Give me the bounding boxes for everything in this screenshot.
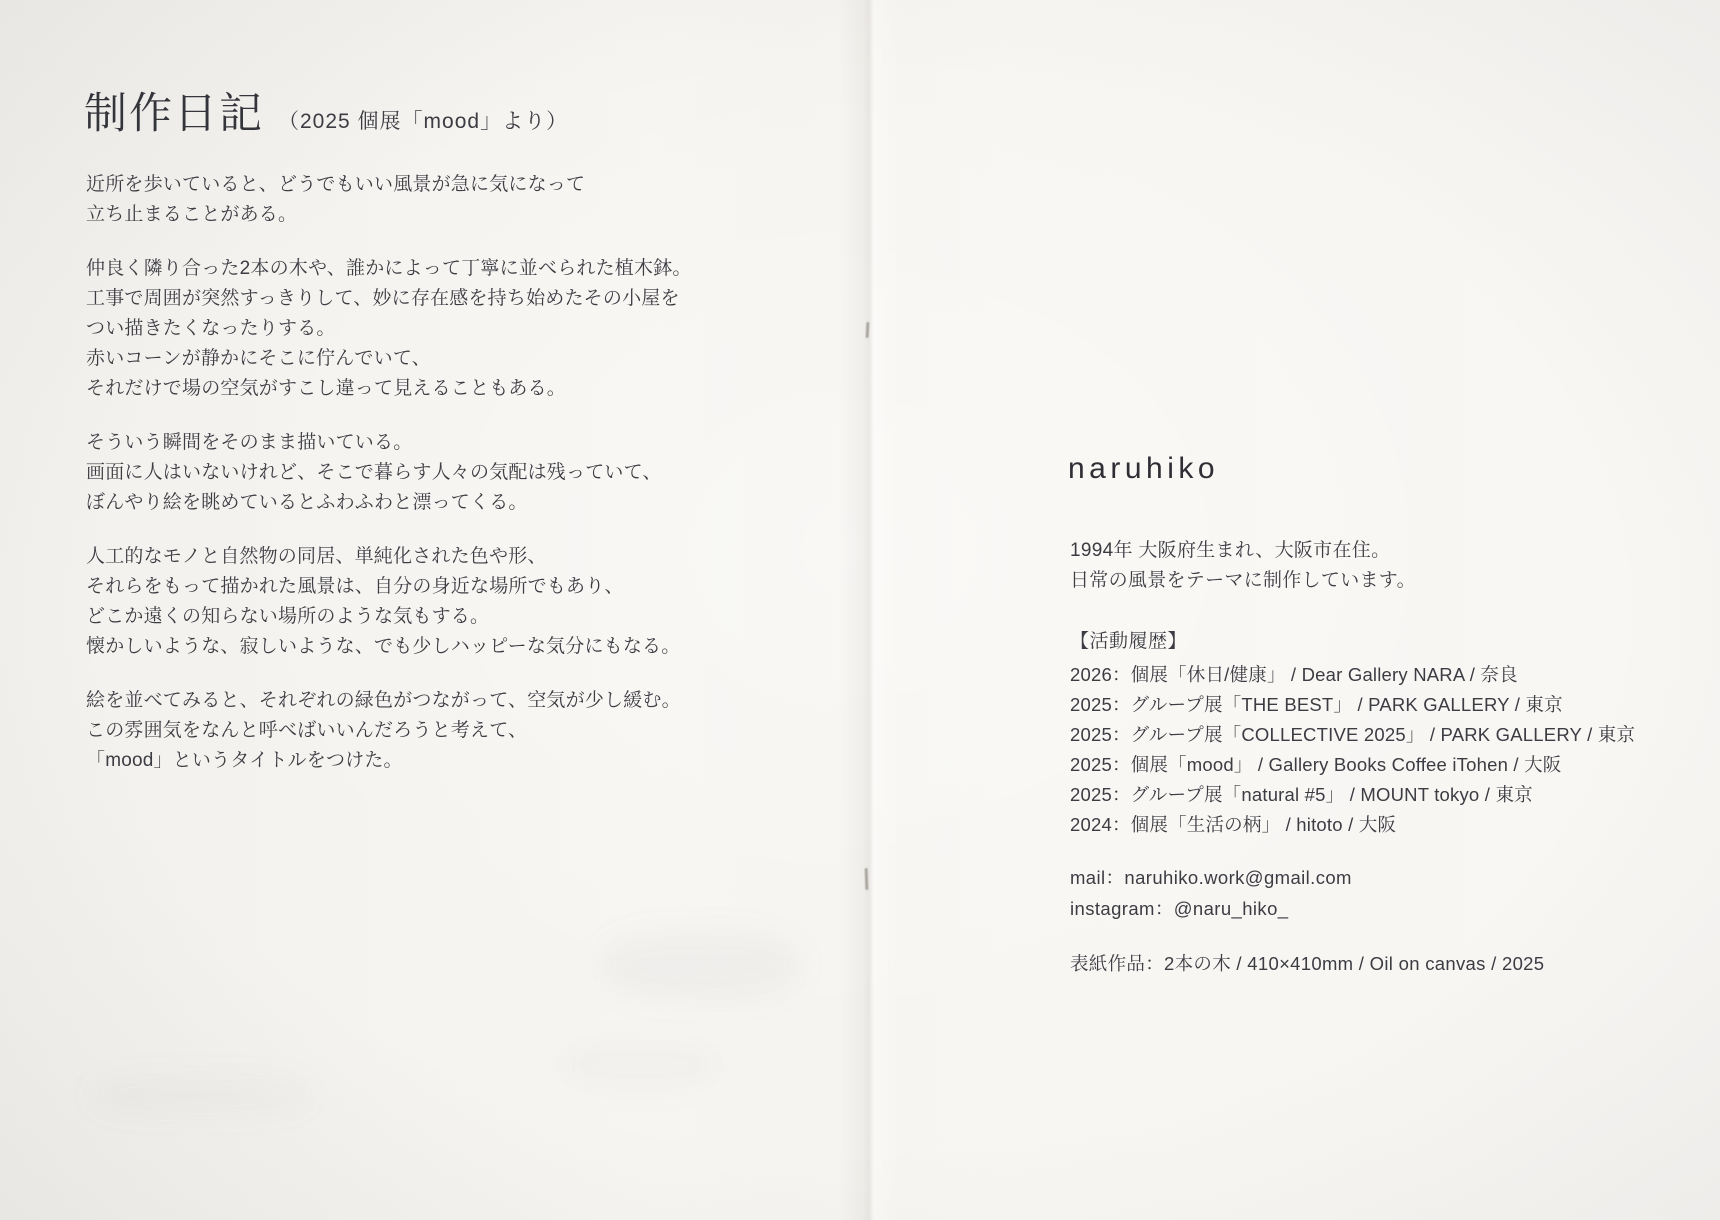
history-line: 2025：個展「mood」 / Gallery Books Coffee iTo… (1070, 750, 1635, 780)
body-line: どこか遠くの知らない場所のような気もする。 (86, 602, 706, 632)
history-line: 2025：グループ展「natural #5」 / MOUNT tokyo / 東… (1070, 780, 1635, 810)
history-line: 2026：個展「休日/健康」 / Dear Gallery NARA / 奈良 (1070, 660, 1635, 690)
paragraph: そういう瞬間をそのまま描いている。画面に人はいないけれど、そこで暮らす人々の気配… (86, 428, 706, 518)
instagram-line: instagram：@naru_hiko_ (1070, 893, 1352, 924)
paragraph: 人工的なモノと自然物の同居、単純化された色や形、それらをもって描かれた風景は、自… (86, 542, 706, 662)
history-heading: 【活動履歴】 (1070, 626, 1187, 653)
history-line: 2025：グループ展「THE BEST」 / PARK GALLERY / 東京 (1070, 690, 1635, 720)
binding-stitch (866, 322, 870, 338)
contact-block: mail：naruhiko.work@gmail.com instagram：@… (1070, 862, 1352, 924)
diary-paragraphs: 近所を歩いていると、どうでもいい風景が急に気になって立ち止まることがある。仲良く… (86, 170, 706, 800)
booklet-spread: 制作日記 （2025 個展「mood」より） 近所を歩いていると、どうでもいい風… (0, 0, 1720, 1220)
center-fold (838, 0, 900, 1220)
body-line: 仲良く隣り合った2本の木や、誰かによって丁寧に並べられた植木鉢。 (86, 254, 706, 284)
body-line: 懐かしいような、寂しいような、でも少しハッピーな気分にもなる。 (86, 632, 706, 662)
body-line: この雰囲気をなんと呼べばいいんだろうと考えて、 (86, 716, 706, 746)
body-line: それだけで場の空気がすこし違って見えることもある。 (86, 374, 706, 404)
body-line: 「mood」というタイトルをつけた。 (86, 746, 706, 776)
body-line: それらをもって描かれた風景は、自分の身近な場所でもあり、 (86, 572, 706, 602)
body-line: 絵を並べてみると、それぞれの緑色がつながって、空気が少し緩む。 (86, 686, 706, 716)
paragraph: 近所を歩いていると、どうでもいい風景が急に気になって立ち止まることがある。 (86, 170, 706, 230)
body-line: 工事で周囲が突然すっきりして、妙に存在感を持ち始めたその小屋を (86, 284, 706, 314)
history-line: 2025：グループ展「COLLECTIVE 2025」 / PARK GALLE… (1070, 720, 1635, 750)
paragraph: 仲良く隣り合った2本の木や、誰かによって丁寧に並べられた植木鉢。工事で周囲が突然… (86, 254, 706, 404)
page-subtitle: （2025 個展「mood」より） (278, 105, 568, 135)
bio-line: 日常の風景をテーマに制作しています。 (1070, 566, 1416, 596)
diary-title-row: 制作日記 （2025 個展「mood」より） (84, 80, 568, 141)
left-page: 制作日記 （2025 個展「mood」より） 近所を歩いていると、どうでもいい風… (84, 0, 724, 1220)
history-line: 2024：個展「生活の柄」 / hitoto / 大阪 (1070, 810, 1635, 840)
body-line: 赤いコーンが静かにそこに佇んでいて、 (86, 344, 706, 374)
body-line: 立ち止まることがある。 (86, 200, 706, 230)
paragraph: 絵を並べてみると、それぞれの緑色がつながって、空気が少し緩む。この雰囲気をなんと… (86, 686, 706, 776)
cover-artwork-info: 表紙作品：2本の木 / 410×410mm / Oil on canvas / … (1070, 950, 1544, 976)
page-title: 制作日記 (84, 80, 264, 141)
body-line: 画面に人はいないけれど、そこで暮らす人々の気配は残っていて、 (86, 458, 706, 488)
bio-line: 1994年 大阪府生まれ、大阪市在住。 (1070, 536, 1416, 566)
body-line: 近所を歩いていると、どうでもいい風景が急に気になって (86, 170, 706, 200)
body-line: 人工的なモノと自然物の同居、単純化された色や形、 (86, 542, 706, 572)
body-line: ぼんやり絵を眺めているとふわふわと漂ってくる。 (86, 488, 706, 518)
artist-name: naruhiko (1068, 452, 1219, 486)
body-line: そういう瞬間をそのまま描いている。 (86, 428, 706, 458)
exhibition-history-list: 2026：個展「休日/健康」 / Dear Gallery NARA / 奈良2… (1070, 660, 1635, 840)
artist-bio: 1994年 大阪府生まれ、大阪市在住。 日常の風景をテーマに制作しています。 (1070, 536, 1416, 596)
mail-line: mail：naruhiko.work@gmail.com (1070, 862, 1352, 893)
body-line: つい描きたくなったりする。 (86, 314, 706, 344)
binding-stitch (865, 868, 869, 890)
right-page: naruhiko 1994年 大阪府生まれ、大阪市在住。 日常の風景をテーマに制… (1068, 0, 1688, 1220)
